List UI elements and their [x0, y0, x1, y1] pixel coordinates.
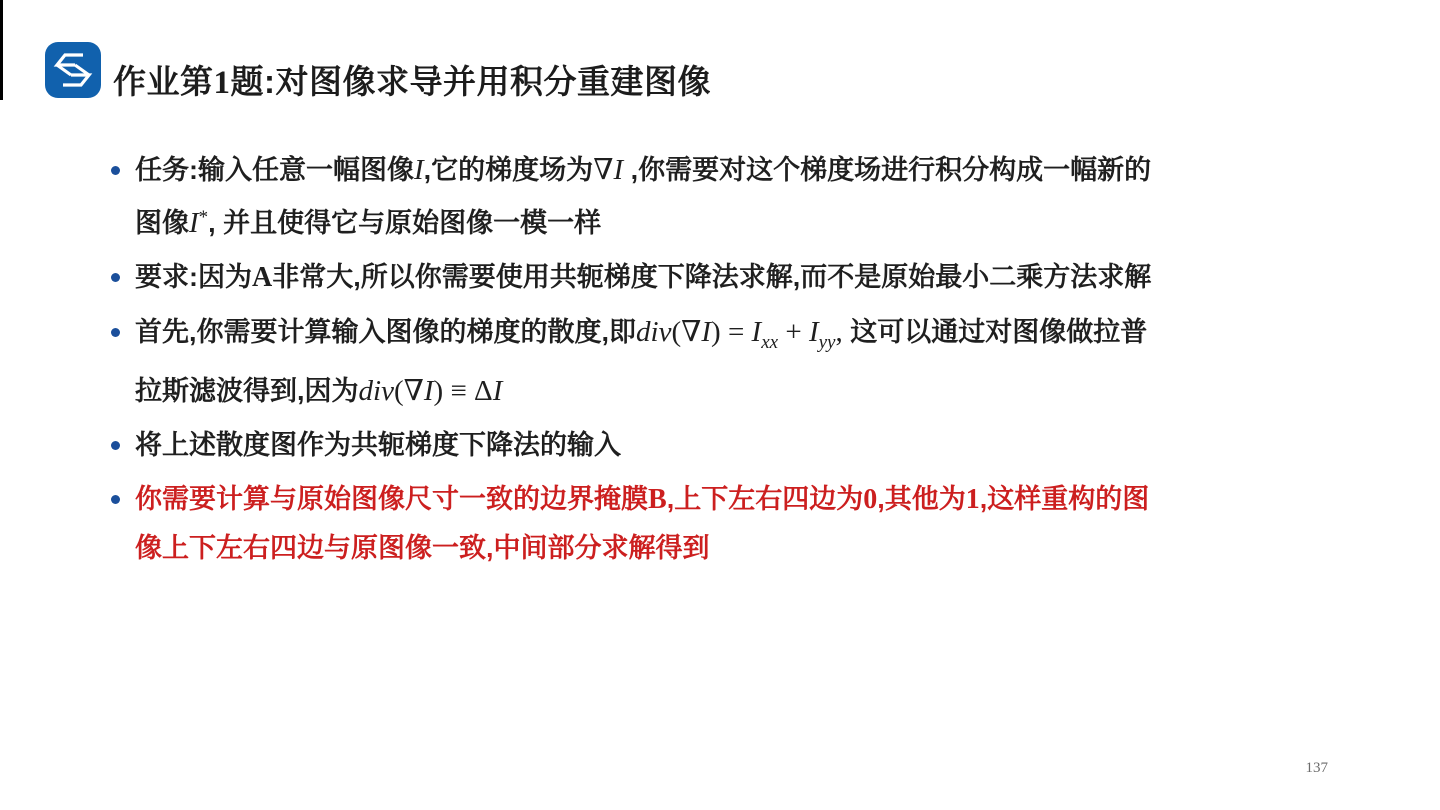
- math-paren-nabla: (∇: [394, 375, 424, 407]
- text-run: 要求:因为: [135, 262, 252, 292]
- math-var: I: [414, 154, 424, 186]
- bullet-line: 将上述散度图作为共轭梯度下降法的输入: [104, 421, 1364, 469]
- value-zero: 0: [863, 484, 877, 515]
- presentation-slide: 作业第1题:对图像求导并用积分重建图像 任务:输入任意一幅图像I,它的梯度场为∇…: [0, 0, 1440, 810]
- brand-logo-icon: [45, 42, 101, 98]
- text-run: ,它的梯度场为: [424, 155, 594, 185]
- text-run: 你需要计算与原始图像尺寸一致的边界掩膜: [135, 484, 648, 514]
- bullet-dot: [111, 328, 120, 337]
- bullet-line: 要求:因为A非常大,所以你需要使用共轭梯度下降法求解,而不是原始最小二乘方法求解: [104, 253, 1364, 302]
- math-var: I: [613, 154, 623, 186]
- math-div: div: [359, 375, 394, 407]
- text-run: ,你需要对这个梯度场进行积分构成一幅新的: [623, 155, 1151, 185]
- bullet-dot: [111, 441, 120, 450]
- slide-title-text: 题:对图像求导并用积分重建图像: [231, 63, 712, 100]
- math-paren-nabla: (∇: [671, 316, 701, 348]
- subscript-yy: yy: [819, 332, 836, 353]
- math-mask-B: B: [648, 484, 667, 515]
- bullet-line-continuation: 像上下左右四边与原图像一致,中间部分求解得到: [104, 524, 1364, 572]
- math-equiv-delta: ) ≡ Δ: [434, 375, 493, 407]
- slide-title: 作业第1题:对图像求导并用积分重建图像: [113, 56, 711, 103]
- text-run: 拉斯滤波得到,因为: [135, 376, 359, 406]
- text-run: 图像: [135, 208, 189, 238]
- value-one: 1: [966, 484, 980, 515]
- math-var: I: [701, 316, 711, 348]
- math-var: I: [752, 316, 762, 348]
- bullet-item-divergence: 首先,你需要计算输入图像的梯度的散度,即div(∇I) = Ixx + Iyy,…: [104, 308, 1364, 415]
- page-number: 137: [1306, 760, 1329, 777]
- bullet-line: 首先,你需要计算输入图像的梯度的散度,即div(∇I) = Ixx + Iyy,…: [104, 308, 1364, 367]
- text-run: 非常大,所以你需要使用共轭梯度下降法求解,而不是原始最小二乘方法求解: [272, 262, 1151, 292]
- math-equals: ) =: [711, 316, 752, 348]
- nabla-symbol: ∇: [593, 154, 613, 186]
- text-run: ,其他为: [877, 484, 966, 514]
- slide-title-number: 1: [214, 65, 231, 101]
- math-div: div: [636, 316, 671, 348]
- text-run: ,上下左右四边为: [667, 484, 864, 514]
- text-run: 将上述散度图作为共轭梯度下降法的输入: [135, 430, 621, 460]
- bullet-item-requirement: 要求:因为A非常大,所以你需要使用共轭梯度下降法求解,而不是原始最小二乘方法求解: [104, 253, 1364, 302]
- slide-title-text: 作业第: [113, 63, 214, 100]
- bullet-item-boundary-mask: 你需要计算与原始图像尺寸一致的边界掩膜B,上下左右四边为0,其他为1,这样重构的…: [104, 475, 1364, 572]
- bullet-dot: [111, 495, 120, 504]
- superscript: *: [199, 207, 209, 228]
- text-run: 首先,你需要计算输入图像的梯度的散度,即: [135, 317, 636, 347]
- left-edge-mark: [0, 0, 3, 100]
- math-var: I: [424, 375, 434, 407]
- bullet-item-input: 将上述散度图作为共轭梯度下降法的输入: [104, 421, 1364, 469]
- bullet-list: 任务:输入任意一幅图像I,它的梯度场为∇I ,你需要对这个梯度场进行积分构成一幅…: [104, 146, 1364, 578]
- math-var: I: [493, 375, 503, 407]
- bullet-line: 任务:输入任意一幅图像I,它的梯度场为∇I ,你需要对这个梯度场进行积分构成一幅…: [104, 146, 1364, 194]
- text-run: ,这样重构的图: [980, 484, 1150, 514]
- bullet-dot: [111, 166, 120, 175]
- bullet-line-continuation: 拉斯滤波得到,因为div(∇I) ≡ ΔI: [104, 367, 1364, 415]
- math-matrix-A: A: [252, 262, 272, 293]
- bullet-item-task: 任务:输入任意一幅图像I,它的梯度场为∇I ,你需要对这个梯度场进行积分构成一幅…: [104, 146, 1364, 247]
- text-run: 这可以通过对图像做拉普: [843, 317, 1148, 347]
- bullet-line-continuation: 图像I*, 并且使得它与原始图像一模一样: [104, 194, 1364, 247]
- math-var: I: [189, 207, 199, 239]
- text-run: 任务:输入任意一幅图像: [135, 155, 414, 185]
- math-plus: +: [778, 316, 809, 348]
- math-comma: ,: [836, 316, 843, 348]
- math-var: I: [809, 316, 819, 348]
- text-run: , 并且使得它与原始图像一模一样: [208, 208, 601, 238]
- text-run: 像上下左右四边与原图像一致,中间部分求解得到: [135, 533, 710, 563]
- bullet-line: 你需要计算与原始图像尺寸一致的边界掩膜B,上下左右四边为0,其他为1,这样重构的…: [104, 475, 1364, 524]
- subscript-xx: xx: [761, 332, 778, 353]
- bullet-dot: [111, 273, 120, 282]
